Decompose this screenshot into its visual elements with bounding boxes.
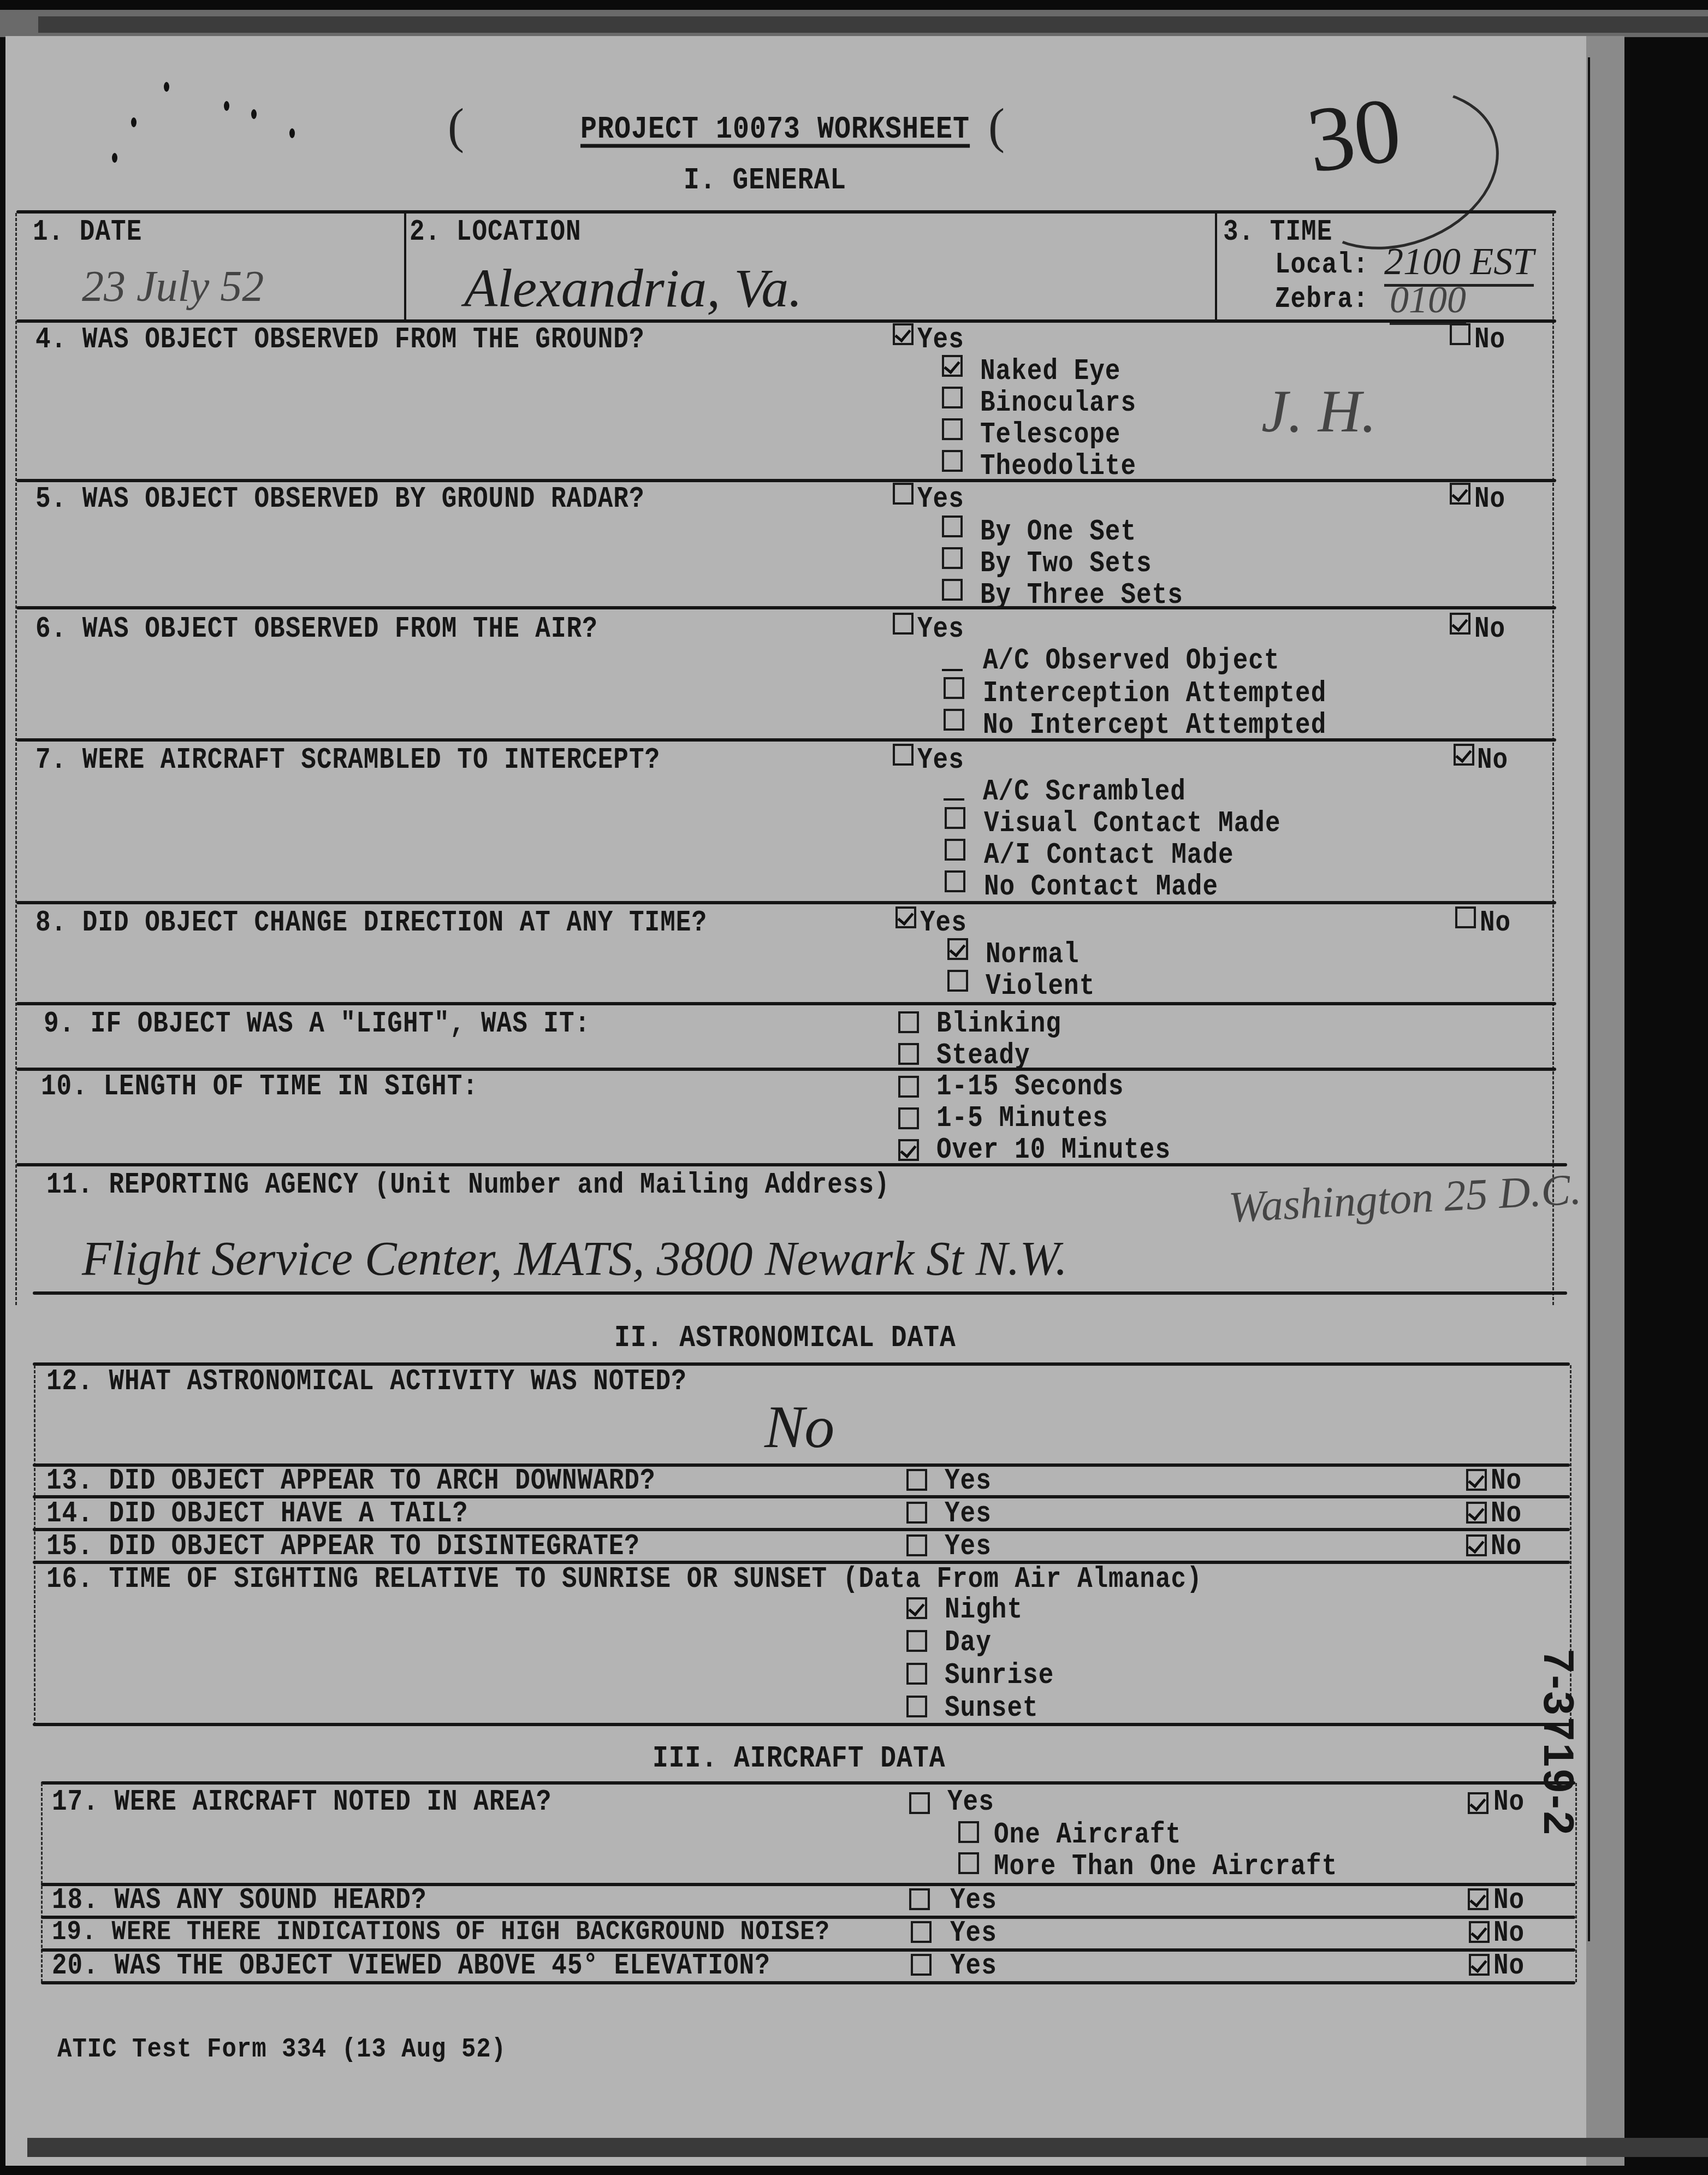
- q5-yes-checkbox[interactable]: [893, 483, 914, 505]
- rule: [16, 1163, 1567, 1166]
- q10-1-5-minutes-checkbox[interactable]: [898, 1107, 919, 1129]
- q13-yes-label: Yes: [945, 1465, 992, 1497]
- rule: [16, 319, 1556, 323]
- page-edge-strip: [1586, 36, 1624, 2166]
- q7-visual-contact-label: Visual Contact Made: [984, 807, 1281, 840]
- q13-yes-checkbox[interactable]: [906, 1469, 927, 1491]
- q10-1-15-seconds-label: 1-15 Seconds: [936, 1070, 1124, 1103]
- time-zebra-label: Zebra:: [1275, 283, 1369, 316]
- q16-sunrise-label: Sunrise: [945, 1659, 1054, 1692]
- section-heading-astronomical: II. ASTRONOMICAL DATA: [614, 1321, 956, 1355]
- ink-speck: [251, 109, 257, 119]
- q4-theodolite-label: Theodolite: [980, 450, 1136, 483]
- q16-night-label: Night: [945, 1593, 1023, 1626]
- q18-yes-checkbox[interactable]: [909, 1888, 930, 1910]
- rule: [16, 901, 1556, 904]
- q8-no-checkbox[interactable]: [1455, 906, 1476, 928]
- q12-label: 12. WHAT ASTRONOMICAL ACTIVITY WAS NOTED…: [46, 1365, 687, 1398]
- time-local-label: Local:: [1275, 248, 1369, 281]
- q15-no-checkbox[interactable]: [1466, 1534, 1487, 1556]
- q7-ac-scrambled-blank[interactable]: [944, 798, 964, 801]
- q9-steady-checkbox[interactable]: [898, 1043, 919, 1065]
- q19-no-checkbox[interactable]: [1469, 1921, 1490, 1943]
- q19-yes-label: Yes: [950, 1917, 997, 1949]
- section-heading-aircraft: III. AIRCRAFT DATA: [653, 1742, 945, 1776]
- q14-yes-checkbox[interactable]: [906, 1502, 927, 1524]
- q8-no-label: No: [1480, 906, 1511, 939]
- q4-telescope-label: Telescope: [980, 418, 1120, 451]
- q4-yes-checkbox[interactable]: [893, 323, 914, 345]
- q4-naked-eye-checkbox[interactable]: [942, 355, 963, 377]
- q11-label: 11. REPORTING AGENCY (Unit Number and Ma…: [46, 1169, 890, 1201]
- q10-over-10-minutes-label: Over 10 Minutes: [936, 1134, 1171, 1166]
- q6-interception-attempted-label: Interception Attempted: [983, 677, 1326, 710]
- left-border: [15, 213, 17, 1305]
- q16-sunset-label: Sunset: [945, 1692, 1039, 1724]
- rule: [16, 606, 1556, 609]
- q16-sunrise-checkbox[interactable]: [906, 1663, 927, 1685]
- rule: [16, 1002, 1556, 1005]
- q16-sunset-checkbox[interactable]: [906, 1696, 927, 1717]
- q6-no-label: No: [1474, 613, 1505, 645]
- location-value: Alexandria, Va.: [464, 257, 802, 319]
- q6-no-intercept-checkbox[interactable]: [944, 709, 964, 731]
- q4-no-checkbox[interactable]: [1450, 323, 1470, 345]
- q7-ac-scrambled-label: A/C Scrambled: [983, 775, 1186, 808]
- q18-label: 18. WAS ANY SOUND HEARD?: [52, 1884, 427, 1917]
- q5-two-sets-checkbox[interactable]: [942, 547, 963, 569]
- q10-1-15-seconds-checkbox[interactable]: [898, 1076, 919, 1098]
- q17-more-aircraft-label: More Than One Aircraft: [994, 1850, 1337, 1883]
- q17-no-checkbox[interactable]: [1468, 1792, 1488, 1814]
- q14-yes-label: Yes: [945, 1497, 992, 1530]
- q20-yes-checkbox[interactable]: [911, 1954, 932, 1976]
- q7-ai-contact-checkbox[interactable]: [945, 839, 965, 861]
- q4-binoculars-checkbox[interactable]: [942, 387, 963, 408]
- q5-label: 5. WAS OBJECT OBSERVED BY GROUND RADAR?: [35, 483, 645, 515]
- rule: [16, 479, 1556, 482]
- q8-normal-label: Normal: [986, 938, 1080, 971]
- time-zebra-value: 0100: [1390, 278, 1466, 325]
- q13-no-checkbox[interactable]: [1466, 1469, 1487, 1491]
- q17-more-aircraft-checkbox[interactable]: [958, 1852, 979, 1874]
- q4-no-label: No: [1474, 323, 1505, 356]
- rule: [41, 1781, 1575, 1785]
- stray-paren-mark: (: [448, 98, 464, 155]
- q5-no-checkbox[interactable]: [1450, 483, 1470, 505]
- q17-one-aircraft-checkbox[interactable]: [958, 1821, 979, 1843]
- q6-interception-attempted-checkbox[interactable]: [944, 677, 964, 699]
- q6-yes-label: Yes: [917, 613, 964, 645]
- q19-yes-checkbox[interactable]: [911, 1921, 932, 1943]
- q16-day-checkbox[interactable]: [906, 1630, 927, 1652]
- q4-theodolite-checkbox[interactable]: [942, 450, 963, 472]
- q4-telescope-checkbox[interactable]: [942, 418, 963, 440]
- q17-label: 17. WERE AIRCRAFT NOTED IN AREA?: [52, 1786, 551, 1818]
- q16-night-checkbox[interactable]: [906, 1597, 927, 1619]
- q15-yes-checkbox[interactable]: [906, 1534, 927, 1556]
- q4-naked-eye-label: Naked Eye: [980, 355, 1120, 388]
- q13-label: 13. DID OBJECT APPEAR TO ARCH DOWNWARD?: [46, 1465, 656, 1497]
- q13-no-label: No: [1491, 1465, 1522, 1497]
- ink-speck: [164, 82, 169, 92]
- q19-no-label: No: [1493, 1917, 1525, 1949]
- q7-label: 7. WERE AIRCRAFT SCRAMBLED TO INTERCEPT?: [35, 744, 660, 777]
- q18-no-checkbox[interactable]: [1468, 1888, 1488, 1910]
- q7-no-contact-checkbox[interactable]: [945, 870, 965, 892]
- q15-yes-label: Yes: [945, 1530, 992, 1563]
- rule: [33, 1291, 1567, 1295]
- stray-paren-mark: (: [988, 98, 1005, 155]
- q6-ac-observed-blank[interactable]: [942, 669, 963, 671]
- q5-one-set-checkbox[interactable]: [942, 515, 963, 537]
- ink-speck: [131, 117, 137, 127]
- q7-no-checkbox[interactable]: [1454, 744, 1474, 766]
- time-label: 3. TIME: [1223, 216, 1332, 248]
- q5-yes-label: Yes: [917, 483, 964, 515]
- rule: [41, 1981, 1575, 1984]
- margin-line: [1588, 57, 1590, 1941]
- q7-ai-contact-label: A/I Contact Made: [984, 839, 1234, 872]
- q4-yes-label: Yes: [917, 323, 964, 356]
- q7-no-contact-label: No Contact Made: [984, 870, 1218, 903]
- q8-label: 8. DID OBJECT CHANGE DIRECTION AT ANY TI…: [35, 906, 707, 939]
- q18-no-label: No: [1493, 1884, 1525, 1917]
- q6-ac-observed-label: A/C Observed Object: [983, 644, 1280, 677]
- q5-no-label: No: [1474, 483, 1505, 515]
- q6-label: 6. WAS OBJECT OBSERVED FROM THE AIR?: [35, 613, 598, 645]
- q10-label: 10. LENGTH OF TIME IN SIGHT:: [41, 1070, 478, 1103]
- q9-label: 9. IF OBJECT WAS A "LIGHT", WAS IT:: [44, 1008, 590, 1040]
- q6-no-intercept-label: No Intercept Attempted: [983, 709, 1326, 742]
- q8-yes-label: Yes: [920, 906, 967, 939]
- q20-label: 20. WAS THE OBJECT VIEWED ABOVE 45° ELEV…: [52, 1949, 770, 1982]
- section-heading-general: I. GENERAL: [684, 164, 846, 198]
- q5-two-sets-label: By Two Sets: [980, 547, 1152, 580]
- q7-yes-label: Yes: [917, 744, 964, 777]
- q20-yes-label: Yes: [950, 1949, 997, 1982]
- q18-yes-label: Yes: [950, 1884, 997, 1917]
- worksheet-title: PROJECT 10073 WORKSHEET: [580, 112, 970, 148]
- reviewer-initials: J. H.: [1261, 377, 1377, 446]
- q9-steady-label: Steady: [936, 1039, 1030, 1072]
- date-label: 1. DATE: [33, 216, 142, 248]
- q8-violent-label: Violent: [986, 970, 1095, 1003]
- location-label: 2. LOCATION: [410, 216, 582, 248]
- q14-no-checkbox[interactable]: [1466, 1502, 1487, 1524]
- right-border: [1552, 213, 1554, 1305]
- q20-no-label: No: [1493, 1949, 1525, 1982]
- q20-no-checkbox[interactable]: [1469, 1954, 1490, 1976]
- q16-day-label: Day: [945, 1626, 992, 1659]
- form-footer: ATIC Test Form 334 (13 Aug 52): [57, 2034, 506, 2066]
- q9-blinking-checkbox[interactable]: [898, 1011, 919, 1033]
- q9-blinking-label: Blinking: [936, 1008, 1061, 1040]
- file-reference-number: 7-3719-2: [1534, 1649, 1584, 1837]
- ink-speck: [112, 153, 117, 163]
- q4-label: 4. WAS OBJECT OBSERVED FROM THE GROUND?: [35, 323, 645, 356]
- q15-no-label: No: [1491, 1530, 1522, 1563]
- rule: [33, 1723, 1570, 1726]
- q15-label: 15. DID OBJECT APPEAR TO DISINTEGRATE?: [46, 1530, 640, 1563]
- q12-value: No: [764, 1392, 834, 1462]
- q8-yes-checkbox[interactable]: [895, 906, 916, 928]
- q8-normal-checkbox[interactable]: [947, 938, 968, 960]
- film-border-shadow: [38, 16, 1708, 33]
- q17-yes-label: Yes: [947, 1786, 994, 1818]
- rule: [16, 210, 1556, 214]
- divider: [1215, 213, 1217, 321]
- q10-over-10-minutes-checkbox[interactable]: [898, 1139, 919, 1161]
- q14-no-label: No: [1491, 1497, 1522, 1530]
- film-border-bottom: [27, 2138, 1708, 2157]
- q6-no-checkbox[interactable]: [1450, 613, 1470, 635]
- q7-visual-contact-checkbox[interactable]: [945, 807, 965, 829]
- q8-violent-checkbox[interactable]: [947, 970, 968, 992]
- q17-yes-checkbox[interactable]: [909, 1792, 930, 1814]
- q16-label: 16. TIME OF SIGHTING RELATIVE TO SUNRISE…: [46, 1563, 1202, 1596]
- q7-yes-checkbox[interactable]: [893, 744, 914, 766]
- q14-label: 14. DID OBJECT HAVE A TAIL?: [46, 1497, 468, 1530]
- ink-speck: [289, 128, 295, 138]
- q7-no-label: No: [1477, 744, 1508, 777]
- q17-one-aircraft-label: One Aircraft: [994, 1818, 1181, 1851]
- date-value: 23 July 52: [82, 262, 264, 312]
- q5-three-sets-checkbox[interactable]: [942, 579, 963, 601]
- q11-agency-value: Flight Service Center, MATS, 3800 Newark…: [82, 1231, 1067, 1287]
- left-border: [34, 1365, 35, 1726]
- q5-one-set-label: By One Set: [980, 515, 1136, 548]
- rule: [16, 738, 1556, 742]
- q19-label: 19. WERE THERE INDICATIONS OF HIGH BACKG…: [52, 1917, 830, 1948]
- divider: [404, 213, 406, 321]
- q4-binoculars-label: Binoculars: [980, 387, 1136, 419]
- q6-yes-checkbox[interactable]: [893, 613, 914, 635]
- ink-speck: [224, 101, 229, 111]
- q17-no-label: No: [1493, 1786, 1525, 1818]
- q10-1-5-minutes-label: 1-5 Minutes: [936, 1102, 1108, 1135]
